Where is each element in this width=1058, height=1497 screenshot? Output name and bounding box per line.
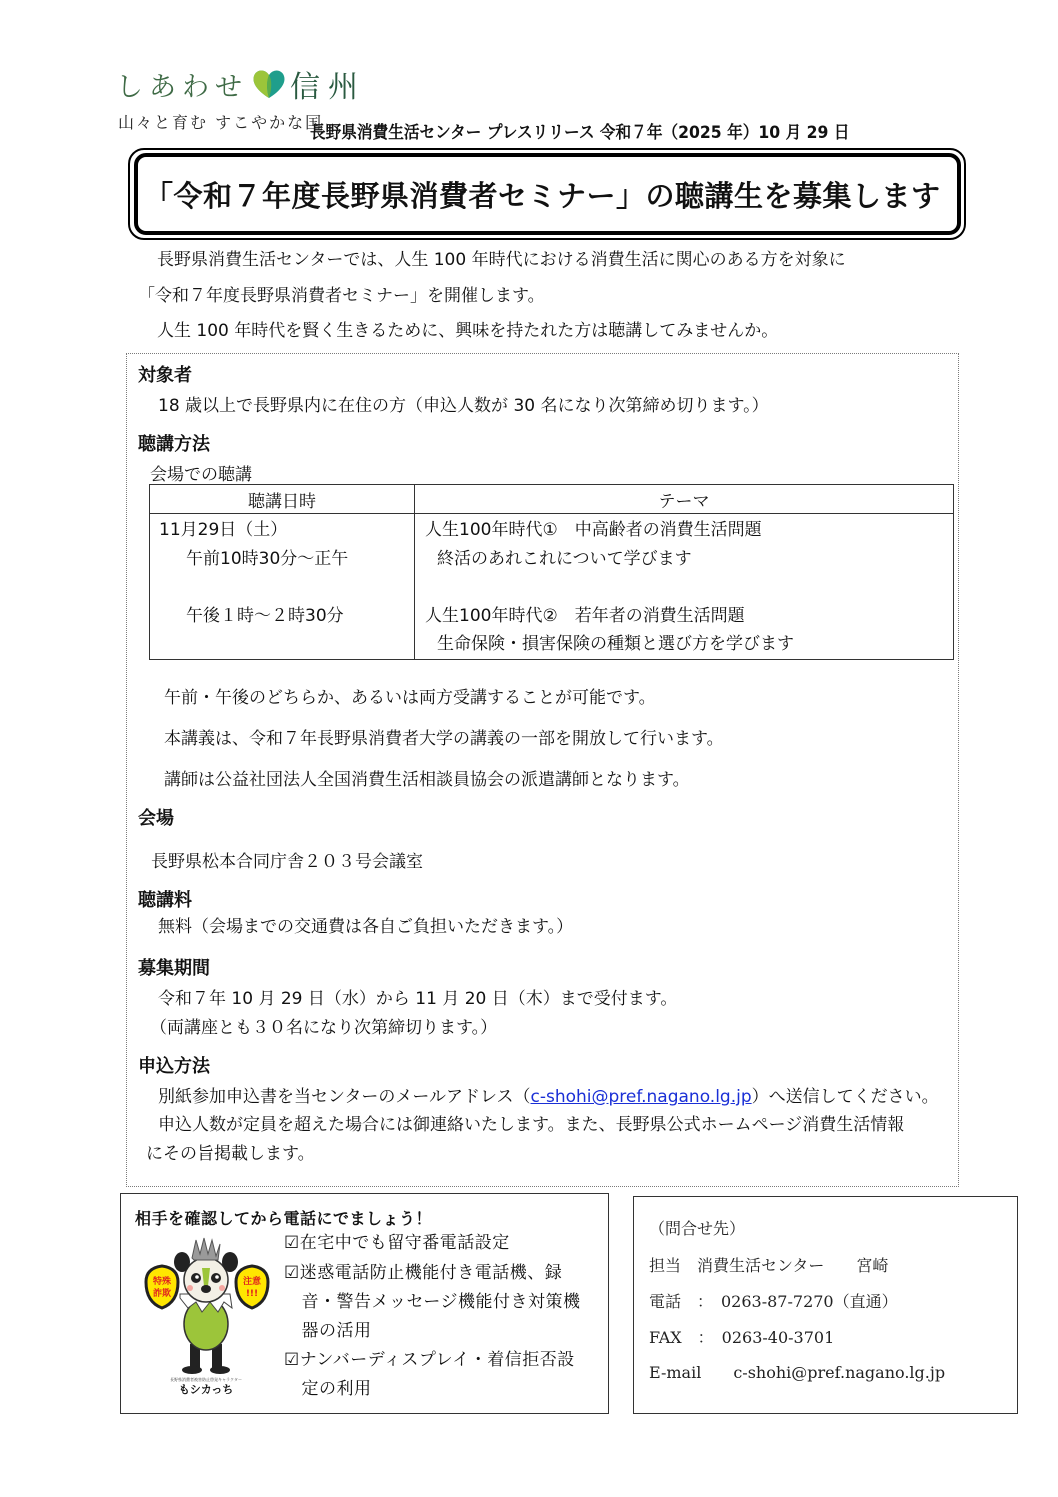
method-note-3: 講師は公益社団法人全国消費生活相談員協会の派遣講師となります。 [164, 765, 690, 790]
intro-line-1: 長野県消費生活センターでは、人生 100 年時代における消費生活に関心のある方を… [157, 245, 846, 270]
schedule-table: 聴講日時 テーマ 11月29日（土） 午前10時30分～正午 午後１時～２時30… [149, 484, 954, 660]
theme-line: 人生100年時代① 中高齢者の消費生活問題 [415, 516, 953, 545]
logo-kana: しあわせ [116, 65, 248, 104]
period-text: 令和７年 10 月 29 日（水）から 11 月 20 日（木）まで受付ます。 [158, 984, 677, 1009]
contact-phone: 電話 ： 0263-87-7270（直通） [649, 1289, 898, 1312]
svg-text:長野県消費者被害防止啓発キャラクター: 長野県消費者被害防止啓発キャラクター [170, 1376, 242, 1382]
logo-kanji: 信州 [290, 62, 366, 106]
apply-text-before: 別紙参加申込書を当センターのメールアドレス（ [158, 1087, 530, 1107]
table-row: 11月29日（土） 午前10時30分～正午 午後１時～２時30分 人生100年時… [150, 514, 954, 660]
section-heading-method: 聴講方法 [138, 430, 210, 456]
intro-line-3: 人生 100 年時代を賢く生きるために、興味を持たれた方は聴講してみませんか。 [157, 316, 778, 341]
svg-text:詐欺: 詐欺 [153, 1287, 171, 1299]
datetime-line [150, 573, 414, 602]
apply-line-3: にその旨掲載します。 [146, 1139, 315, 1164]
title-frame: 「令和７年度長野県消費者セミナー」の聴講生を募集します [134, 153, 961, 235]
heart-logo-icon [252, 68, 286, 100]
page-title: 「令和７年度長野県消費者セミナー」の聴講生を募集します [144, 174, 941, 215]
logo-tagline: 山々と育む すこやかな国 [118, 110, 323, 133]
theme-cell: 人生100年時代① 中高齢者の消費生活問題 終活のあれこれについて学びます 人生… [415, 514, 954, 660]
theme-line [415, 573, 953, 602]
method-note-1: 午前・午後のどちらか、あるいは両方受講することが可能です。 [164, 683, 656, 708]
section-heading-fee: 聴講料 [138, 886, 192, 912]
theme-line: 終活のあれこれについて学びます [415, 545, 953, 574]
contact-email: E-mail c-shohi@pref.nagano.lg.jp [649, 1360, 945, 1383]
press-release-header: 長野県消費生活センター プレスリリース 令和７年（2025 年）10 月 29 … [310, 118, 850, 143]
tip-title: 相手を確認してから電話にでましょう！ [135, 1206, 432, 1229]
apply-line-2: 申込人数が定員を超えた場合には御連絡いたします。また、長野県公式ホームページ消費… [158, 1110, 904, 1135]
table-header-theme: テーマ [415, 485, 954, 514]
datetime-line [150, 630, 414, 659]
table-header-row: 聴講日時 テーマ [150, 485, 954, 514]
venue-text: 長野県松本合同庁舎２０３号会議室 [151, 847, 423, 872]
mascot-moshikacchi-icon: 特殊 詐欺 注意 !!! 長野県消費者被害防止啓発キャラクター もシカっち [140, 1236, 275, 1396]
theme-line: 生命保険・損害保険の種類と選び方を学びます [415, 630, 953, 659]
email-link[interactable]: c-shohi@pref.nagano.lg.jp [530, 1087, 751, 1107]
svg-text:特殊: 特殊 [153, 1275, 172, 1287]
tip-item: 器の活用 [284, 1317, 372, 1346]
tip-item: ☑ナンバーディスプレイ・着信拒否設 [284, 1346, 575, 1375]
apply-line-1: 別紙参加申込書を当センターのメールアドレス（c-shohi@pref.nagan… [158, 1082, 939, 1107]
contact-heading: （問合せ先） [649, 1216, 745, 1239]
svg-text:注意: 注意 [243, 1275, 261, 1287]
tip-item: 定の利用 [284, 1375, 372, 1404]
fee-text: 無料（会場までの交通費は各自ご負担いただきます。） [158, 912, 573, 937]
datetime-line: 11月29日（土） [150, 516, 414, 545]
target-text: 18 歳以上で長野県内に在住の方（申込人数が 30 名になり次第締め切ります。） [158, 391, 769, 416]
intro-line-2: 「令和７年度長野県消費者セミナー」を開催します。 [138, 281, 545, 306]
table-header-datetime: 聴講日時 [150, 485, 415, 514]
method-subtext: 会場での聴講 [150, 460, 252, 485]
method-note-2: 本講義は、令和７年長野県消費者大学の講義の一部を開放して行います。 [164, 724, 724, 749]
logo: しあわせ 信州 [116, 62, 366, 106]
datetime-cell: 11月29日（土） 午前10時30分～正午 午後１時～２時30分 [150, 514, 415, 660]
tip-item: 音・警告メッセージ機能付き対策機 [284, 1288, 580, 1317]
apply-text-after: ）へ送信してください。 [752, 1087, 939, 1107]
tip-item: ☑在宅中でも留守番電話設定 [284, 1229, 510, 1258]
contact-person: 担当 消費生活センター 宮崎 [649, 1253, 888, 1276]
contact-fax: FAX ： 0263-40-3701 [649, 1325, 834, 1348]
datetime-line: 午前10時30分～正午 [150, 545, 414, 574]
datetime-line: 午後１時～２時30分 [150, 602, 414, 631]
period-note: （両講座とも３０名になり次第締切ります。） [150, 1013, 497, 1038]
svg-text:!!!: !!! [246, 1289, 258, 1299]
section-heading-period: 募集期間 [138, 954, 210, 980]
section-heading-venue: 会場 [138, 804, 174, 830]
section-heading-target: 対象者 [138, 361, 192, 387]
theme-line: 人生100年時代② 若年者の消費生活問題 [415, 602, 953, 631]
section-heading-apply: 申込方法 [138, 1052, 210, 1078]
tip-item: ☑迷惑電話防止機能付き電話機、録 [284, 1259, 562, 1288]
svg-text:もシカっち: もシカっち [179, 1383, 234, 1396]
